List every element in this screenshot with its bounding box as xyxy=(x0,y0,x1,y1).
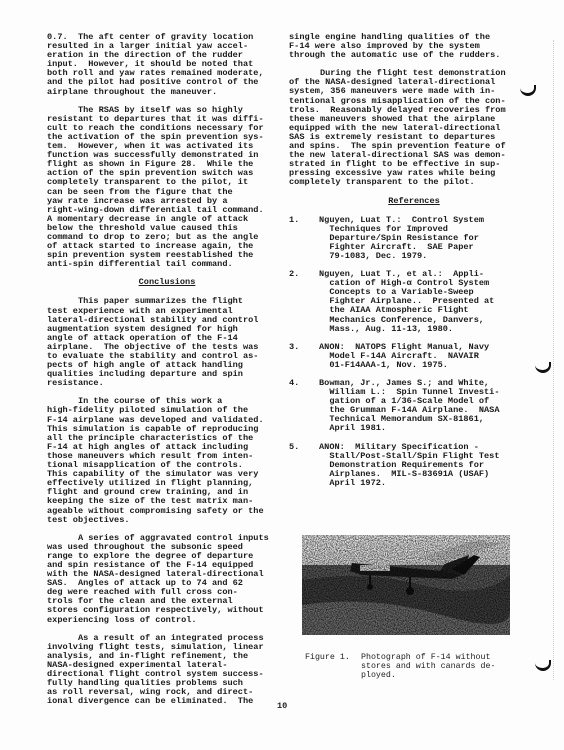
reference-text: ANON: Military Specification - Stall/Pos… xyxy=(319,443,539,488)
reference-number: 1. xyxy=(289,216,299,225)
text-line: through the automatic use of the rudders… xyxy=(289,51,539,60)
figure-caption-text: Photograph of F-14 withoutstores and wit… xyxy=(361,654,535,681)
reference-item: 5.ANON: Military Specification - Stall/P… xyxy=(289,443,539,488)
conclusion-paragraph: A series of aggravated control inputswas… xyxy=(47,534,287,625)
figure-1-photo xyxy=(302,535,510,635)
reference-text: Nguyen, Luat T., et al.: Appli- cation o… xyxy=(319,270,539,334)
text-line: anti-spin differential tail command. xyxy=(47,260,287,269)
text-line: airplane throughout the maneuver. xyxy=(47,88,287,97)
reference-item: 3.ANON: NATOPS Flight Manual, Navy Model… xyxy=(289,343,539,370)
body-paragraph: 0.7. The aft center of gravity locationr… xyxy=(47,33,287,97)
aircraft-photo-icon xyxy=(302,535,510,635)
reference-number: 3. xyxy=(289,343,299,352)
reference-item: 2.Nguyen, Luat T., et al.: Appli- cation… xyxy=(289,270,539,334)
text-line: ional divergence can be eliminated. The xyxy=(47,697,287,706)
reference-number: 4. xyxy=(289,379,299,388)
conclusion-paragraph: This paper summarizes the flighttest exp… xyxy=(47,297,287,388)
document-page: 0.7. The aft center of gravity locationr… xyxy=(0,0,564,750)
section-heading-conclusions: Conclusions xyxy=(47,278,287,287)
conclusion-paragraph: In the course of this work ahigh-fidelit… xyxy=(47,397,287,524)
reference-text: Bowman, Jr., James S.; and White, Willia… xyxy=(319,379,539,434)
section-heading-references: References xyxy=(289,197,539,206)
scan-edge-artifact xyxy=(553,40,555,680)
text-line: April 1972. xyxy=(319,479,539,488)
text-line: experiencing loss of control. xyxy=(47,616,287,625)
reference-text: ANON: NATOPS Flight Manual, Navy Model F… xyxy=(319,343,539,370)
reference-number: 2. xyxy=(289,270,299,279)
scan-mark-icon xyxy=(535,660,551,671)
text-line: Mass., Aug. 11-13, 1980. xyxy=(319,325,539,334)
page-number: 10 xyxy=(277,701,287,711)
text-line: 79-1083, Dec. 1979. xyxy=(319,252,539,261)
text-line: test objectives. xyxy=(47,516,287,525)
left-column: 0.7. The aft center of gravity locationr… xyxy=(47,33,287,715)
reference-item: 1.Nguyen, Luat T.: Control System Techni… xyxy=(289,216,539,261)
text-line: April 1981. xyxy=(319,424,539,433)
figure-label: Figure 1. xyxy=(305,654,350,663)
reference-item: 4.Bowman, Jr., James S.; and White, Will… xyxy=(289,379,539,434)
scan-mark-icon xyxy=(535,362,551,373)
caption-line: ployed. xyxy=(361,672,535,681)
figure-1-caption: Figure 1. Photograph of F-14 withoutstor… xyxy=(305,654,535,681)
right-column: single engine handling qualities of theF… xyxy=(289,33,539,497)
reference-number: 5. xyxy=(289,443,299,452)
reference-text: Nguyen, Luat T.: Control System Techniqu… xyxy=(319,216,539,261)
body-paragraph: During the flight test demonstrationof t… xyxy=(289,69,539,187)
text-line: resistance. xyxy=(47,379,287,388)
text-line: completely transparent to the pilot. xyxy=(289,178,539,187)
body-paragraph: The RSAS by itself was so highlyresistan… xyxy=(47,106,287,270)
body-paragraph: single engine handling qualities of theF… xyxy=(289,33,539,60)
conclusion-paragraph: As a result of an integrated processinvo… xyxy=(47,634,287,707)
text-line: 01-F14AAA-1, Nov. 1975. xyxy=(319,361,539,370)
